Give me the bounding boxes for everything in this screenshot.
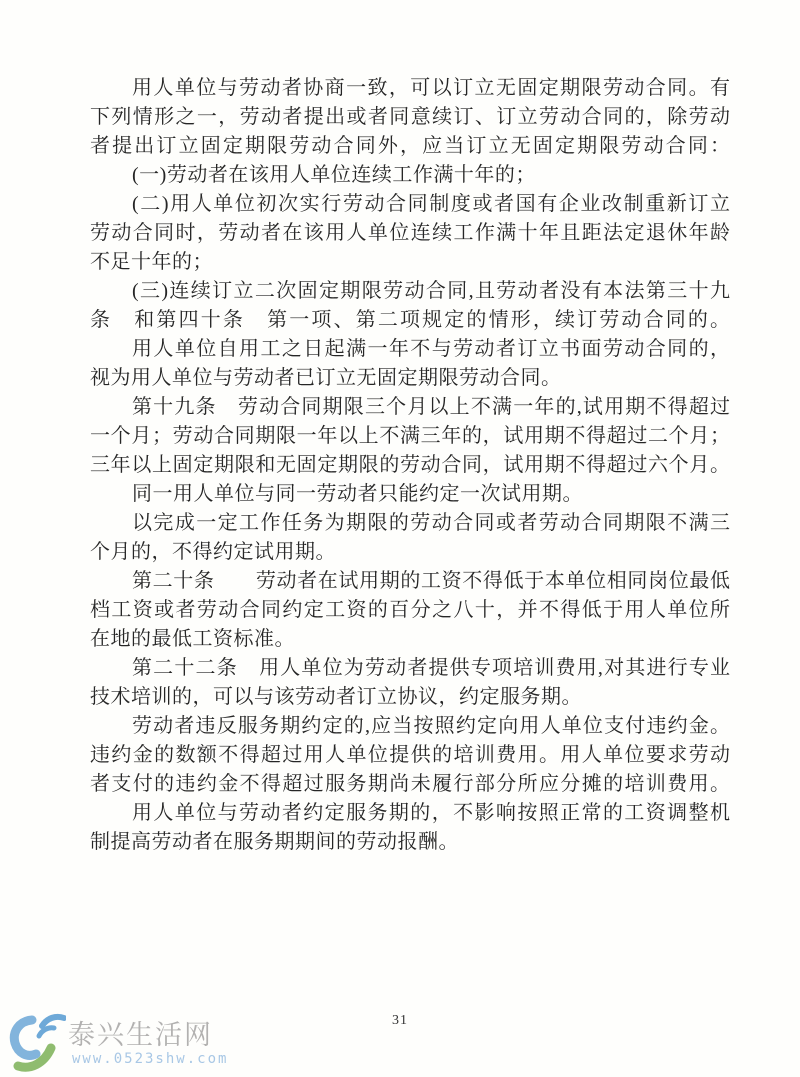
document-line: 不足十年的；	[90, 248, 730, 277]
document-line: 以完成一定工作任务为期限的劳动合同或者劳动合同期限不满三	[90, 509, 730, 538]
document-line: 劳动者违反服务期约定的,应当按照约定向用人单位支付违约金。	[90, 712, 730, 741]
document-page: 用人单位与劳动者协商一致，可以订立无固定期限劳动合同。有下列情形之一，劳动者提出…	[0, 0, 800, 1077]
document-line: 制提高劳动者在服务期期间的劳动报酬。	[90, 828, 730, 857]
document-line: 档工资或者劳动合同约定工资的百分之八十，并不得低于用人单位所	[90, 596, 730, 625]
document-line: 同一用人单位与同一劳动者只能约定一次试用期。	[90, 480, 730, 509]
document-line: 者提出订立固定期限劳动合同外，应当订立无固定期限劳动合同：	[90, 132, 730, 161]
document-line: 用人单位与劳动者约定服务期的，不影响按照正常的工资调整机	[90, 799, 730, 828]
document-line: (三)连续订立二次固定期限劳动合同,且劳动者没有本法第三十九	[90, 277, 730, 306]
site-logo-icon	[6, 1006, 66, 1072]
document-line: 用人单位自用工之日起满一年不与劳动者订立书面劳动合同的，	[90, 335, 730, 364]
document-body: 用人单位与劳动者协商一致，可以订立无固定期限劳动合同。有下列情形之一，劳动者提出…	[90, 74, 730, 857]
document-line: 用人单位与劳动者协商一致，可以订立无固定期限劳动合同。有	[90, 74, 730, 103]
document-line: 个月的，不得约定试用期。	[90, 538, 730, 567]
document-line: 第二十二条 用人单位为劳动者提供专项培训费用,对其进行专业	[90, 654, 730, 683]
site-url: www.0523shw.com	[72, 1050, 228, 1068]
document-line: 第二十条 劳动者在试用期的工资不得低于本单位相同岗位最低	[90, 567, 730, 596]
document-line: 违约金的数额不得超过用人单位提供的培训费用。用人单位要求劳动	[90, 741, 730, 770]
document-line: 条 和第四十条 第一项、第二项规定的情形，续订劳动合同的。	[90, 306, 730, 335]
document-line: 者支付的违约金不得超过服务期尚未履行部分所应分摊的培训费用。	[90, 770, 730, 799]
document-line: 一个月；劳动合同期限一年以上不满三年的，试用期不得超过二个月；	[90, 422, 730, 451]
document-line: 下列情形之一，劳动者提出或者同意续订、订立劳动合同的，除劳动	[90, 103, 730, 132]
document-line: (二)用人单位初次实行劳动合同制度或者国有企业改制重新订立	[90, 190, 730, 219]
document-line: (一)劳动者在该用人单位连续工作满十年的；	[90, 161, 730, 190]
document-line: 技术培训的，可以与该劳动者订立协议，约定服务期。	[90, 683, 730, 712]
document-line: 视为用人单位与劳动者已订立无固定期限劳动合同。	[90, 364, 730, 393]
document-line: 第十九条 劳动合同期限三个月以上不满一年的,试用期不得超过	[90, 393, 730, 422]
site-name: 泰兴生活网	[68, 1020, 228, 1050]
document-line: 在地的最低工资标准。	[90, 625, 730, 654]
document-line: 三年以上固定期限和无固定期限的劳动合同，试用期不得超过六个月。	[90, 451, 730, 480]
document-line: 劳动合同时，劳动者在该用人单位连续工作满十年且距法定退休年龄	[90, 219, 730, 248]
site-watermark: 泰兴生活网 www.0523shw.com	[6, 1006, 228, 1072]
site-watermark-text: 泰兴生活网 www.0523shw.com	[68, 1020, 228, 1068]
